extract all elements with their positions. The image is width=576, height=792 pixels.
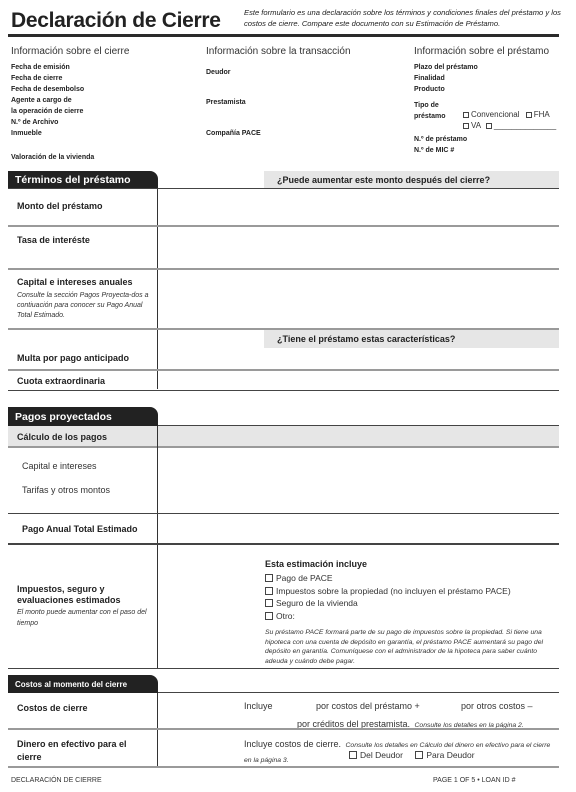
closing-info-labels: Fecha de emisión Fecha de cierre Fecha d… bbox=[11, 62, 84, 139]
divider bbox=[8, 668, 559, 669]
closing-costs-label: Costos de cierre bbox=[17, 703, 88, 713]
other-costs-text: por otros costos – bbox=[461, 701, 533, 711]
other-option[interactable]: Otro: bbox=[265, 610, 511, 623]
checkbox-icon[interactable] bbox=[486, 123, 492, 129]
loan-type-conventional[interactable]: Convencional bbox=[463, 110, 519, 119]
checkbox-icon[interactable] bbox=[349, 751, 357, 759]
balloon-payment-label: Cuota extraordinaria bbox=[17, 376, 105, 386]
fees-other-label: Tarifas y otros montos bbox=[22, 485, 110, 495]
checkbox-icon[interactable] bbox=[265, 587, 273, 595]
column-divider bbox=[157, 189, 158, 389]
divider bbox=[8, 543, 559, 545]
column-divider bbox=[157, 693, 158, 767]
title-divider bbox=[8, 34, 559, 37]
homeowners-insurance-option[interactable]: Seguro de la vivienda bbox=[265, 597, 511, 610]
cash-to-close-label: Dinero en efectivo para el cierre bbox=[17, 738, 152, 764]
divider bbox=[8, 390, 559, 391]
intro-text: Este formulario es una declaración sobre… bbox=[244, 7, 564, 29]
principal-interest-label: Capital e intereses bbox=[22, 461, 97, 471]
from-borrower-option[interactable]: Del Deudor bbox=[349, 750, 403, 760]
pace-payment-option[interactable]: Pago de PACE bbox=[265, 572, 511, 585]
disbursement-date-label: Fecha de desembolso bbox=[11, 84, 84, 95]
divider bbox=[8, 513, 559, 514]
file-number-label: N.º de Archivo bbox=[11, 117, 84, 128]
footer-left: DECLARACIÓN DE CIERRE bbox=[11, 777, 102, 784]
closing-info-heading: Información sobre el cierre bbox=[11, 46, 129, 57]
can-increase-question: ¿Puede aumentar este monto después del c… bbox=[264, 171, 559, 189]
divider bbox=[8, 268, 559, 270]
loan-type-fha[interactable]: FHA bbox=[526, 110, 550, 119]
pace-company-label: Compañía PACE bbox=[206, 128, 261, 139]
estimate-includes-heading: Esta estimación incluye bbox=[265, 559, 367, 569]
divider bbox=[8, 446, 559, 448]
loan-type-options: Convencional FHA bbox=[463, 110, 550, 119]
estimate-includes-list: Pago de PACE Impuestos sobre la propieda… bbox=[265, 572, 511, 622]
settlement-agent-label: Agente a cargo de bbox=[11, 95, 84, 106]
transaction-info-heading: Información sobre la transacción bbox=[206, 46, 351, 57]
loan-type-options-2: VA ______________ bbox=[463, 121, 556, 130]
divider bbox=[8, 225, 559, 227]
projected-payments-tab: Pagos proyectados bbox=[8, 407, 158, 426]
cash-direction-options: Del Deudor Para Deudor bbox=[349, 750, 475, 760]
divider bbox=[8, 188, 559, 189]
checkbox-icon[interactable] bbox=[265, 574, 273, 582]
loan-terms-tab: Términos del préstamo bbox=[8, 171, 158, 189]
loan-info-labels: Plazo del préstamo Finalidad Producto bbox=[414, 62, 478, 95]
property-label: Inmueble bbox=[11, 128, 84, 139]
loan-costs-text: por costos del préstamo + bbox=[316, 701, 420, 711]
checkbox-icon[interactable] bbox=[463, 123, 469, 129]
closing-date-label: Fecha de cierre bbox=[11, 73, 84, 84]
closing-costs-tab: Costos al momento del cierre bbox=[8, 675, 158, 693]
issue-date-label: Fecha de emisión bbox=[11, 62, 84, 73]
interest-rate-label: Tasa de interéste bbox=[17, 235, 90, 245]
loan-number-label: N.º de préstamo bbox=[414, 134, 467, 145]
checkbox-icon[interactable] bbox=[463, 112, 469, 118]
loan-amount-label: Monto del préstamo bbox=[17, 201, 103, 211]
loan-type-va[interactable]: VA bbox=[463, 121, 481, 130]
includes-text: Incluye bbox=[244, 701, 273, 711]
page-title: Declaración de Cierre bbox=[11, 9, 221, 33]
loan-info-heading: Información sobre el préstamo bbox=[414, 46, 549, 57]
prepayment-penalty-label: Multa por pago anticipado bbox=[17, 353, 129, 363]
taxes-insurance-label: Impuestos, seguro y evaluaciones estimad… bbox=[17, 584, 152, 606]
divider bbox=[8, 369, 559, 371]
checkbox-icon[interactable] bbox=[265, 599, 273, 607]
column-divider bbox=[157, 426, 158, 668]
product-label: Producto bbox=[414, 84, 478, 95]
purpose-label: Finalidad bbox=[414, 73, 478, 84]
loan-type-label-2: préstamo bbox=[414, 111, 446, 122]
pace-note: Su préstamo PACE formará parte de su pag… bbox=[265, 628, 555, 666]
property-taxes-option[interactable]: Impuestos sobre la propiedad (no incluye… bbox=[265, 585, 511, 598]
cash-includes-text: Incluye costos de cierre. bbox=[244, 739, 341, 749]
lender-label: Prestamista bbox=[206, 97, 246, 108]
divider bbox=[8, 728, 559, 730]
loan-type-other[interactable]: ______________ bbox=[486, 121, 556, 130]
taxes-insurance-note: El monto puede aumentar con el paso del … bbox=[17, 608, 147, 629]
annual-pi-label: Capital e intereses anuales bbox=[17, 277, 133, 287]
loan-term-label: Plazo del préstamo bbox=[414, 62, 478, 73]
footer-right: PAGE 1 OF 5 • LOAN ID # bbox=[433, 777, 515, 784]
to-borrower-option[interactable]: Para Deudor bbox=[415, 750, 474, 760]
loan-features-question: ¿Tiene el préstamo estas características… bbox=[264, 330, 559, 348]
divider bbox=[8, 766, 559, 768]
borrower-label: Deudor bbox=[206, 67, 231, 78]
mic-number-label: N.º de MIC # bbox=[414, 145, 454, 156]
loan-type-label: Tipo de bbox=[414, 100, 439, 111]
appraisal-label: Valoración de la vivienda bbox=[11, 152, 94, 163]
divider bbox=[158, 692, 559, 693]
payment-calculation-row: Cálculo de los pagos bbox=[8, 426, 559, 447]
annual-pi-note: Consulte la sección Pagos Proyecta-dos a… bbox=[17, 291, 153, 321]
checkbox-icon[interactable] bbox=[415, 751, 423, 759]
total-annual-payment-label: Pago Anual Total Estimado bbox=[22, 524, 138, 534]
checkbox-icon[interactable] bbox=[265, 612, 273, 620]
settlement-agent-label-2: la operación de cierre bbox=[11, 106, 84, 117]
checkbox-icon[interactable] bbox=[526, 112, 532, 118]
